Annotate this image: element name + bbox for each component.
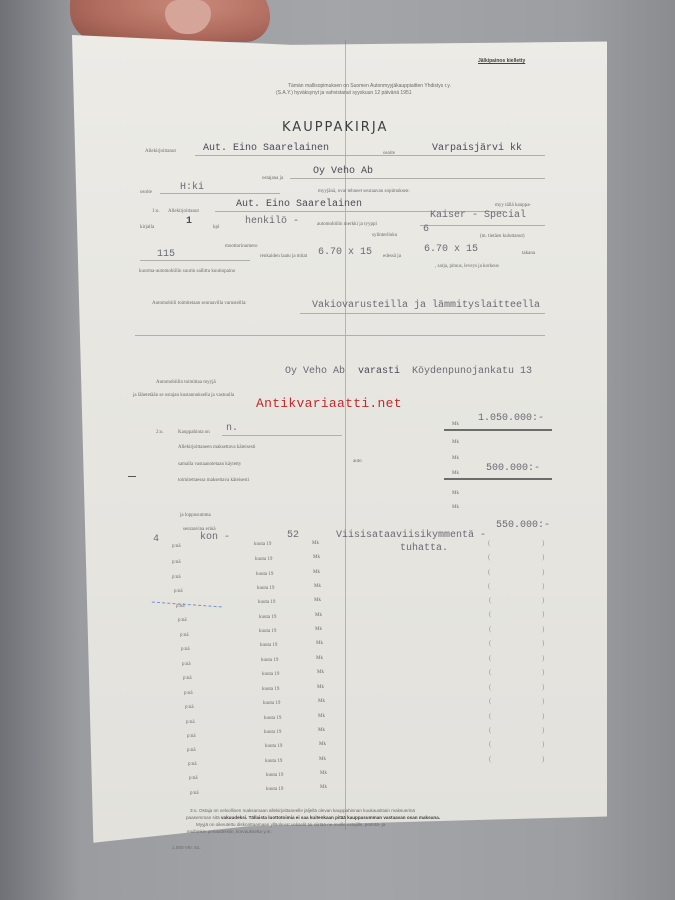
cylinders-value: 6 bbox=[423, 224, 429, 235]
row-date-label: p:nä bbox=[188, 762, 197, 767]
row-date-label: p:nä bbox=[181, 647, 190, 652]
row-mk: Mk bbox=[318, 728, 325, 733]
equipment-line-2 bbox=[135, 335, 545, 336]
watermark-text: Antikvariaatti.net bbox=[256, 396, 402, 411]
buyer-intro-label: ostajana ja bbox=[262, 176, 283, 181]
tyres-label: renkaiden laatu ja mitat bbox=[260, 254, 307, 259]
row-date-label: p:nä bbox=[180, 633, 189, 638]
vehicle-seller-label: Allekirjoittanut bbox=[168, 209, 199, 214]
delivery-address: Köydenpunojankatu 13 bbox=[412, 366, 532, 377]
intro-line-2: (S.A.Y.) hyväksynyt ja vahvistanut syysk… bbox=[276, 90, 412, 96]
price-prefix: n. bbox=[226, 423, 238, 434]
row-mk: Mk bbox=[318, 699, 325, 704]
tyres-front: 6.70 x 15 bbox=[318, 247, 372, 258]
installment-amount-words-2: tuhatta. bbox=[400, 543, 448, 554]
make-model-line bbox=[420, 225, 545, 226]
total-price: 1.050.000:- bbox=[478, 413, 544, 424]
row-date-label: p:nä bbox=[172, 575, 181, 580]
quantity-unit: kpl bbox=[213, 225, 219, 230]
row-mk: Mk bbox=[320, 771, 327, 776]
row-due: kuuta 19 bbox=[266, 773, 283, 778]
row-date-label: p:nä bbox=[190, 791, 199, 796]
total-currency: Mk bbox=[452, 422, 459, 427]
row-date-label: p:nä bbox=[187, 734, 196, 739]
seller-domicile-label: osoite bbox=[383, 151, 395, 156]
tyres-rear-label: edessä ja bbox=[383, 254, 401, 259]
row-date-label: p:nä bbox=[172, 544, 181, 549]
footer-clause-3: 3:o. Ostaja on velvollinen maksamaan all… bbox=[190, 808, 415, 813]
row-date-label: p:nä bbox=[178, 618, 187, 623]
row-due: kuuta 19 bbox=[261, 658, 278, 663]
mk-label-2: Mk bbox=[452, 440, 459, 445]
row-date-label: p:nä bbox=[172, 560, 181, 565]
row-date-label: p:nä bbox=[187, 748, 196, 753]
footer-line-2: paasemman sitä vakuudeksi. Tällaista luo… bbox=[186, 815, 440, 820]
row-due: kuuta 19 bbox=[262, 672, 279, 677]
seller-name: Aut. Eino Saarelainen bbox=[203, 143, 329, 154]
row-due: kuuta 19 bbox=[256, 572, 273, 577]
payment-line-3: toimitettaessa maksettava käteisesti bbox=[178, 478, 249, 483]
max-load-label: kuorma-automobiilin suurin sallittu kuut… bbox=[139, 269, 235, 274]
document-title: KAUPPAKIRJA bbox=[282, 120, 388, 135]
row-due: kuuta 19 bbox=[259, 629, 276, 634]
chassis-line bbox=[140, 260, 250, 261]
row-due: kuuta 19 bbox=[254, 542, 271, 547]
row-date-label: p:nä bbox=[186, 720, 195, 725]
print-code: 1.000 VIII. 51. bbox=[172, 845, 201, 850]
row-date-label: p:nä bbox=[182, 662, 191, 667]
mk-label-4: Mk bbox=[452, 471, 459, 476]
mk-label-6: Mk bbox=[452, 505, 459, 510]
row-mk: Mk bbox=[313, 555, 320, 560]
trade-in-auto-label: auto bbox=[353, 459, 362, 464]
seller-name-line bbox=[195, 155, 410, 156]
paper-fold-line bbox=[345, 40, 346, 830]
row-date-label: p:nä bbox=[183, 676, 192, 681]
row-mk: Mk bbox=[317, 670, 324, 675]
dash-mark bbox=[128, 476, 136, 477]
buyer-name-line bbox=[290, 178, 545, 179]
rear-label: takana bbox=[522, 251, 535, 256]
vehicle-make-model: Kaiser - Special bbox=[430, 210, 526, 221]
intro-line-1: Tämän mallisopimuksen on Suomen Autonmyy… bbox=[288, 83, 451, 89]
row-mk: Mk bbox=[319, 742, 326, 747]
row-mk: Mk bbox=[319, 757, 326, 762]
buyer-domicile-line bbox=[160, 193, 280, 194]
row-due: kuuta 19 bbox=[259, 615, 276, 620]
row-mk: Mk bbox=[320, 785, 327, 790]
row-due: kuuta 19 bbox=[264, 716, 281, 721]
footer-line-4: muihinkin periaatteisiin, korvauksetta y… bbox=[187, 829, 272, 834]
shipping-text: ja lähetetään se ostajan kustannuksella … bbox=[133, 393, 234, 398]
row-mk: Mk bbox=[316, 641, 323, 646]
row-mk: Mk bbox=[315, 627, 322, 632]
equipment-value: Vakiovarusteilla ja lämmityslaitteella bbox=[312, 300, 540, 311]
row-date-label: p:nä bbox=[185, 705, 194, 710]
payment-line-2: samalla vastaanotetaan käytetty bbox=[178, 462, 241, 467]
row-mk: Mk bbox=[314, 598, 321, 603]
document-sheet bbox=[72, 35, 607, 855]
row-mk: Mk bbox=[318, 714, 325, 719]
buyer-domicile: H:ki bbox=[180, 182, 204, 193]
buyer-domicile-label: osoite bbox=[140, 190, 152, 195]
row-due: kuuta 19 bbox=[266, 787, 283, 792]
row-due: kuuta 19 bbox=[264, 730, 281, 735]
row-due: kuuta 19 bbox=[265, 759, 282, 764]
row-date-label: p:nä bbox=[184, 691, 193, 696]
seller-label: Allekirjoittanut bbox=[145, 149, 176, 154]
tyres-rear: 6.70 x 15 bbox=[424, 244, 478, 255]
row-mk: Mk bbox=[313, 570, 320, 575]
installment-amount-words: Viisisataaviisikymmentä - bbox=[336, 530, 486, 541]
delivery-location-prefix: varasti bbox=[358, 366, 400, 377]
row-due: kuuta 19 bbox=[257, 586, 274, 591]
row-due: kuuta 19 bbox=[260, 643, 277, 648]
mileage-label: (m. tietäen kuluttanut) bbox=[480, 234, 525, 239]
make-label: automobiilin merkki ja tyyppi bbox=[317, 222, 377, 227]
agreement-text: myyjänä, ovat tehneet seuraavan sopimuks… bbox=[318, 189, 410, 194]
cylinders-label: sylinteriluku bbox=[372, 233, 397, 238]
row-due: kuuta 19 bbox=[255, 557, 272, 562]
footer-line-3: Myyjä on oikeutettu diskonttaamaan ylläo… bbox=[196, 822, 385, 827]
row-due: kuuta 19 bbox=[262, 687, 279, 692]
installment-year: 52 bbox=[287, 530, 299, 541]
deed-label: kirjalla bbox=[140, 225, 154, 230]
installment-period: kon - bbox=[200, 532, 230, 543]
clause-2-number: 2:o. bbox=[156, 430, 164, 435]
remaining-label: ja loppusumma bbox=[180, 513, 211, 518]
row-date-label: p:nä bbox=[174, 589, 183, 594]
reprint-notice: Jälkipainos kielletty bbox=[478, 58, 525, 64]
engine-no-label: moottorinumero bbox=[225, 244, 258, 249]
chassis-number: 115 bbox=[157, 249, 175, 260]
row-mk: Mk bbox=[317, 685, 324, 690]
price-label: Kauppahinta on bbox=[178, 430, 210, 435]
payment-line-1: Allekirjoittaneen maksettava käteisesti bbox=[178, 445, 255, 450]
equipment-label: Automobiili toimitetaan seuraavilla varu… bbox=[152, 301, 247, 306]
row-due: kuuta 19 bbox=[258, 600, 275, 605]
seller-domicile-line bbox=[405, 155, 545, 156]
trade-in-value: 500.000:- bbox=[486, 463, 540, 474]
sells-text: myy tällä kauppa- bbox=[495, 203, 531, 208]
equipment-line-1 bbox=[300, 313, 545, 314]
vehicle-quantity: 1 bbox=[186, 216, 192, 227]
buyer-name: Oy Veho Ab bbox=[313, 166, 373, 177]
vehicle-type: henkilö - bbox=[245, 216, 299, 227]
installment-amount: 550.000:- bbox=[496, 520, 550, 531]
row-due: kuuta 19 bbox=[265, 744, 282, 749]
total-price-rule bbox=[444, 429, 552, 431]
dimensions-label: , sarja, pituus, leveys ja korkeus bbox=[435, 264, 499, 269]
row-mk: Mk bbox=[316, 656, 323, 661]
row-mk: Mk bbox=[314, 584, 321, 589]
clause-1-number: 1:o. bbox=[152, 209, 160, 214]
row-mk: Mk bbox=[312, 541, 319, 546]
row-date-label: p:nä bbox=[176, 604, 185, 609]
row-mk: Mk bbox=[315, 613, 322, 618]
vehicle-seller-name: Aut. Eino Saarelainen bbox=[236, 199, 362, 210]
seller-domicile: Varpaisjärvi kk bbox=[432, 143, 522, 154]
row-date-label: p:nä bbox=[189, 776, 198, 781]
delivery-label: Automobiilin toimittaa myyjä bbox=[156, 380, 216, 385]
mk-label-3: Mk bbox=[452, 456, 459, 461]
installment-count: 4 bbox=[153, 534, 159, 545]
mk-label-5: Mk bbox=[452, 491, 459, 496]
row-due: kuuta 19 bbox=[263, 701, 280, 706]
price-line bbox=[222, 435, 342, 436]
delivery-seller: Oy Veho Ab bbox=[285, 366, 345, 377]
trade-in-rule bbox=[444, 478, 552, 480]
